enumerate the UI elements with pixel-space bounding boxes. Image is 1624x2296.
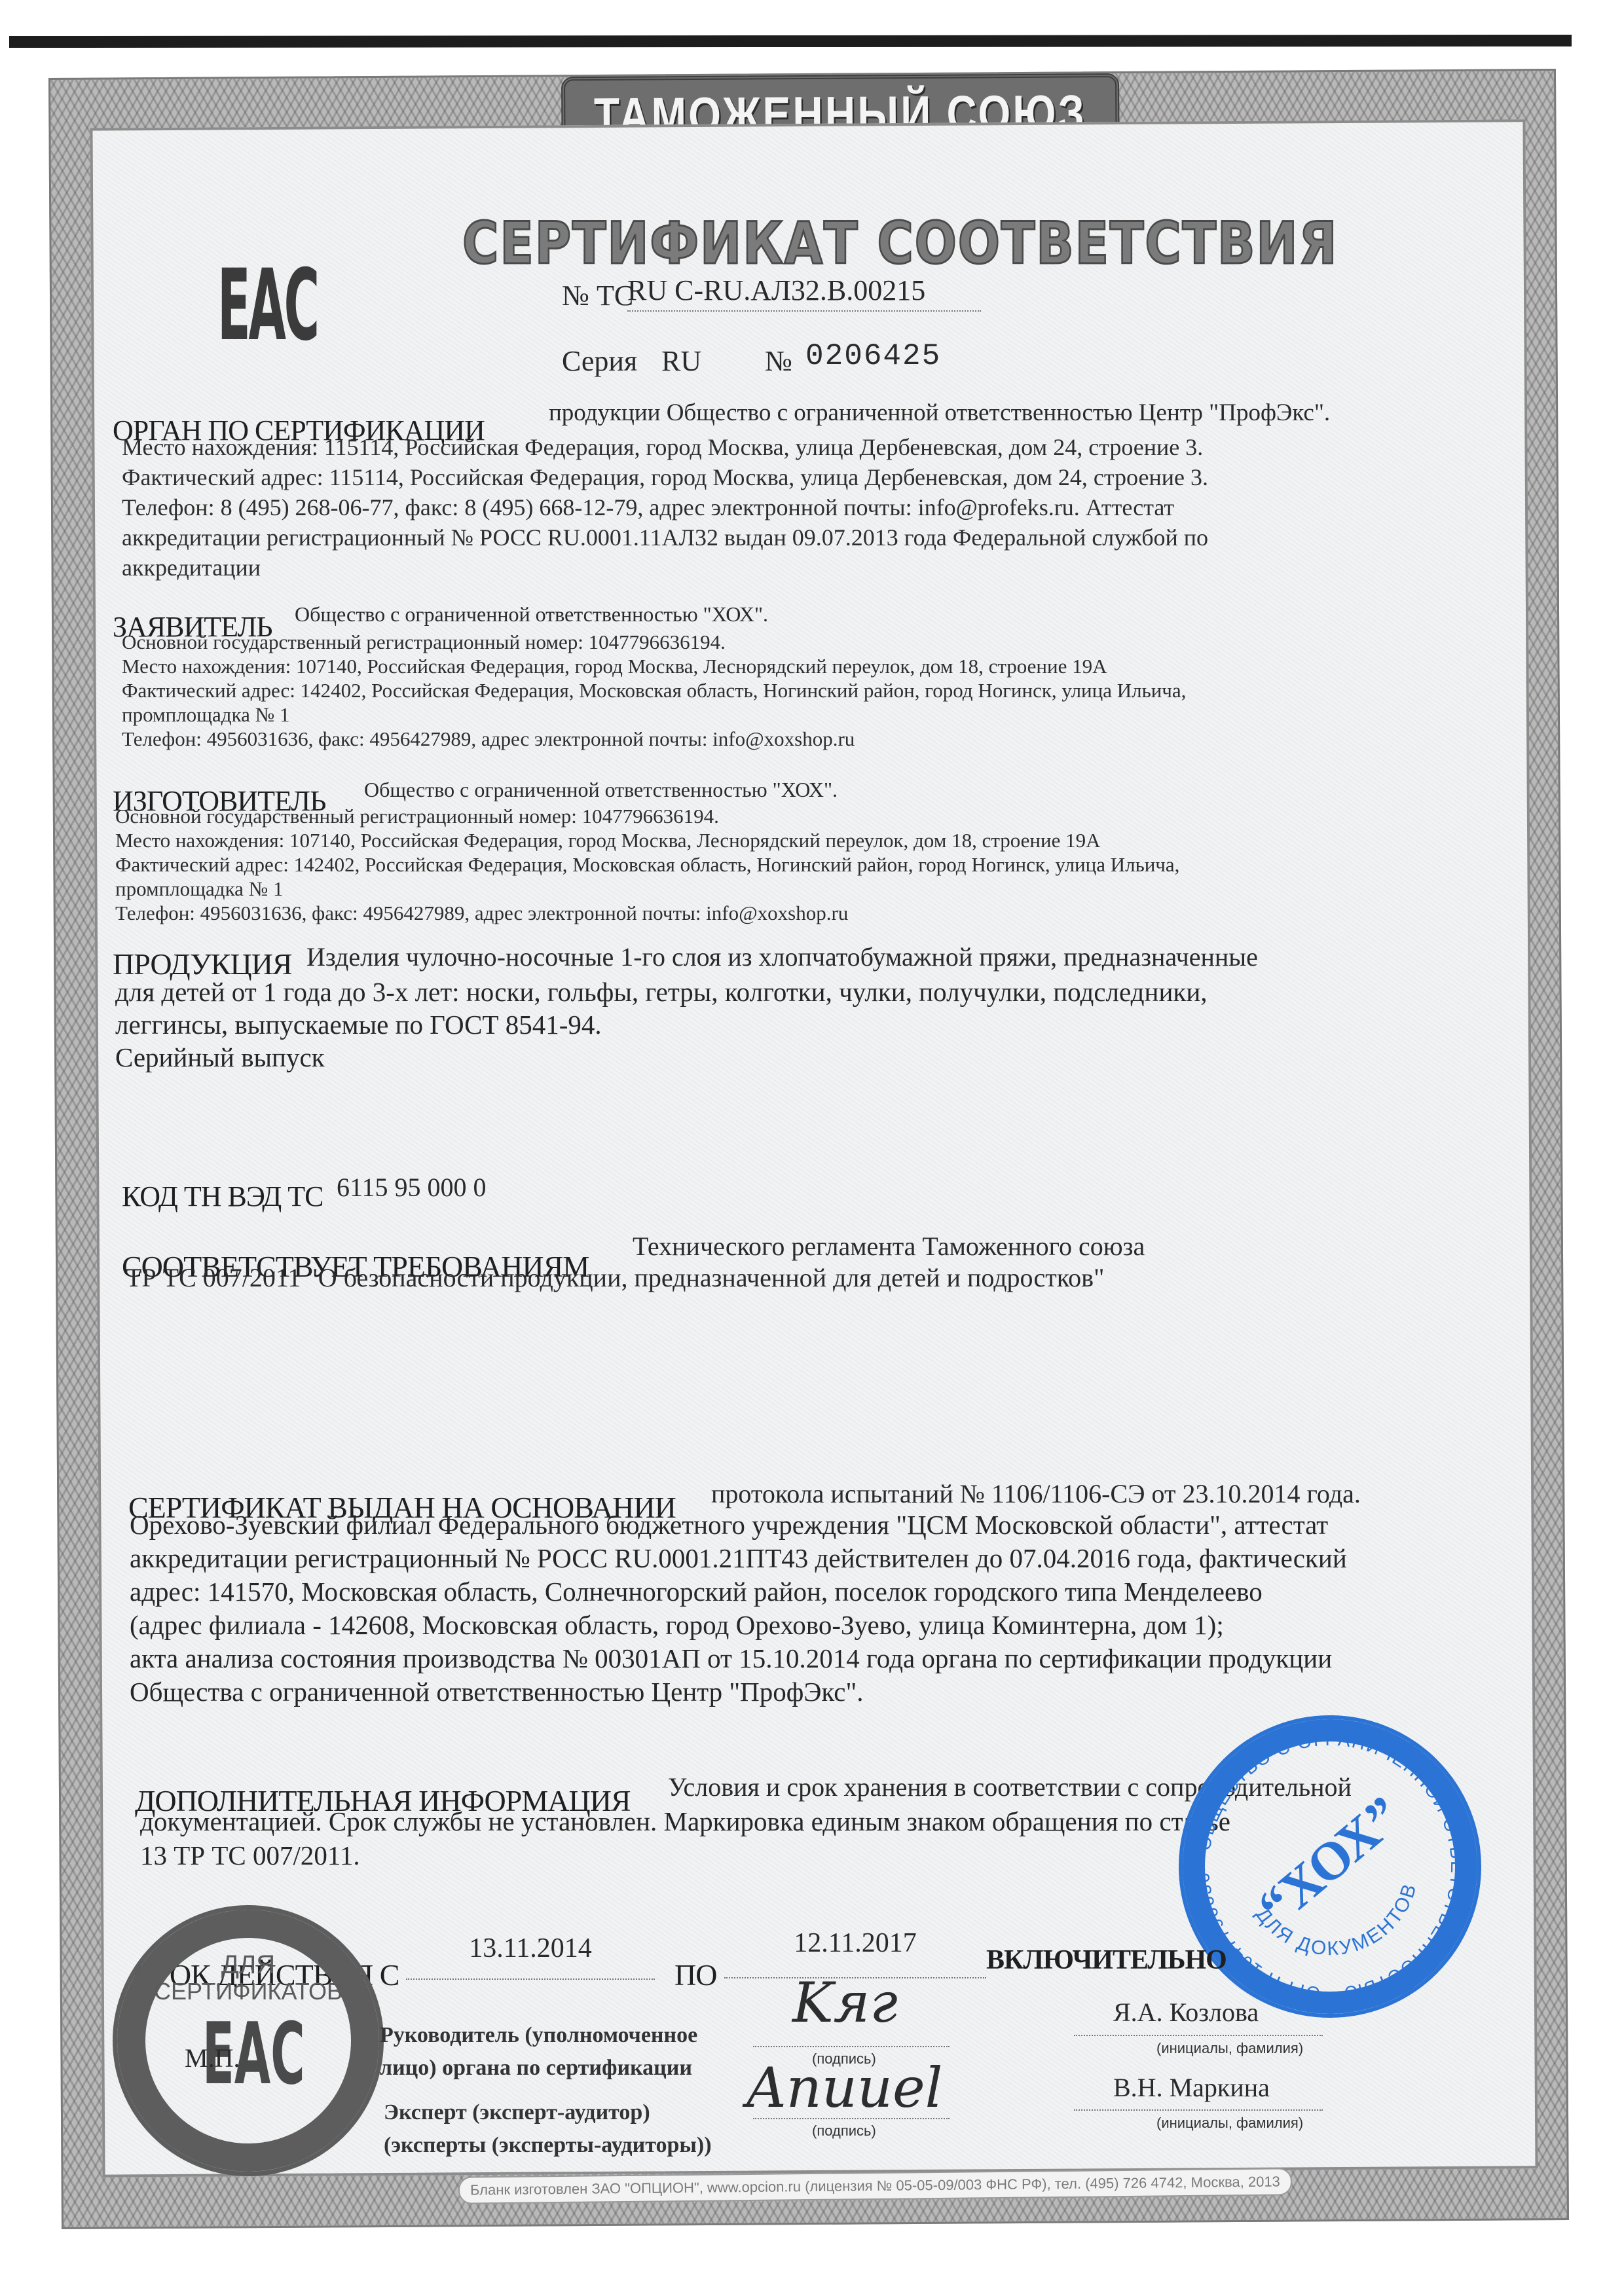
product-line: для детей от 1 года до 3-х лет: носки, г… [115, 975, 1208, 1008]
certificate-title: СЕРТИФИКАТ СООТВЕТСТВИЯ [462, 210, 1338, 277]
applicant-line: Общество с ограниченной ответственностью… [295, 604, 768, 625]
manufacturer-line: Место нахождения: 107140, Российская Фед… [115, 828, 1179, 852]
seal-place-label: М.П. [185, 2043, 240, 2073]
product-line: леггинсы, выпускаемые по ГОСТ 8541-94. [115, 1008, 1208, 1041]
expert-name: В.Н. Маркина [1113, 2072, 1270, 2103]
basis-line: акта анализа состояния производства № 00… [130, 1642, 1347, 1675]
blank-number: 0206425 [805, 339, 941, 373]
certification-stamp-certificates: СЕРТИФИКАТОВ [117, 1978, 379, 2005]
expert-signature: Anuuel [747, 2056, 943, 2120]
manufacturer-line: Телефон: 4956031636, факс: 4956427989, а… [115, 901, 1179, 925]
applicant-details: Основной государственный регистрационный… [122, 630, 1186, 751]
additional-info-details: документацией. Срок службы не установлен… [140, 1804, 1230, 1872]
basis-details: Орехово-Зуевский филиал Федерального бюд… [130, 1508, 1347, 1709]
applicant-line: Телефон: 4956031636, факс: 4956427989, а… [122, 727, 1186, 751]
conformity-line: ТР ТС 007/2011 "О безопасности продукции… [126, 1262, 1104, 1293]
certification-stamp-for: ДЛЯ [117, 1950, 379, 1980]
validity-from: 13.11.2014 [406, 1933, 655, 1980]
certification-body-line: Фактический адрес: 115114, Российская Фе… [122, 462, 1208, 492]
conformity-line: Технического регламента Таможенного союз… [633, 1231, 1145, 1262]
certification-body-details: Место нахождения: 115114, Российская Фед… [122, 432, 1208, 583]
applicant-line: Фактический адрес: 142402, Российская Фе… [122, 678, 1186, 702]
blank-number-label: № [765, 347, 792, 376]
basis-line: адрес: 141570, Московская область, Солне… [130, 1575, 1347, 1609]
validity-to-label: ПО [674, 1958, 716, 1992]
manufacturer-line: Общество с ограниченной ответственностью… [364, 779, 838, 800]
eac-mark-icon: ЕАС [217, 257, 318, 355]
certification-body-line: аккредитации регистрационный № РОСС RU.0… [122, 522, 1208, 553]
basis-line: (адрес филиала - 142608, Московская обла… [130, 1609, 1347, 1642]
expert-label: (эксперты (эксперты-аудиторы)) [384, 2133, 712, 2158]
head-name-line [1074, 2035, 1323, 2036]
manufacturer-line: промплощадка № 1 [115, 877, 1179, 901]
head-name-caption: (инициалы, фамилия) [1156, 2040, 1303, 2057]
head-signature-line [753, 2046, 950, 2047]
tc-number-label: № ТС [562, 282, 633, 310]
basis-line: Орехово-Зуевский филиал Федерального бюд… [130, 1508, 1347, 1542]
additional-info-line: документацией. Срок службы не установлен… [140, 1804, 1230, 1838]
expert-label: Эксперт (эксперт-аудитор) [384, 2100, 650, 2125]
scan-edge-bar [9, 35, 1572, 48]
additional-info-line: 13 ТР ТС 007/2011. [140, 1838, 1230, 1872]
basis-line: аккредитации регистрационный № РОСС RU.0… [130, 1542, 1347, 1575]
basis-line: протокола испытаний № 1106/1106-СЭ от 23… [711, 1478, 1361, 1509]
head-label: лицо) органа по сертификации [380, 2056, 692, 2081]
certification-body-line: Место нахождения: 115114, Российская Фед… [122, 432, 1208, 462]
basis-line: Общества с ограниченной ответственностью… [130, 1675, 1347, 1709]
applicant-line: Место нахождения: 107140, Российская Фед… [122, 654, 1186, 678]
product-details: для детей от 1 года до 3-х лет: носки, г… [115, 975, 1208, 1074]
certification-body-line: Телефон: 8 (495) 268-06-77, факс: 8 (495… [122, 492, 1208, 522]
head-name: Я.А. Козлова [1113, 1997, 1259, 2028]
manufacturer-line: Фактический адрес: 142402, Российская Фе… [115, 852, 1179, 877]
expert-signature-line [753, 2118, 950, 2119]
expert-signature-caption: (подпись) [812, 2123, 876, 2140]
hs-code-value: 6115 95 000 0 [337, 1172, 487, 1203]
hs-code-label: КОД ТН ВЭД ТС [122, 1180, 323, 1213]
manufacturer-line: Основной государственный регистрационный… [115, 804, 1179, 828]
applicant-line: Основной государственный регистрационный… [122, 630, 1186, 654]
certification-body-line: продукции Общество с ограниченной ответс… [549, 401, 1330, 425]
validity-inclusive: ВКЛЮЧИТЕЛЬНО [986, 1944, 1227, 1976]
certification-body-stamp: ОРГАН ПО СЕРТИФИКАЦИИ ПРОДУКЦИИ ООО Цент… [113, 1905, 384, 2176]
series-label: Серия [562, 347, 637, 376]
tc-number: RU C-RU.АЛ32.В.00215 [627, 276, 981, 312]
manufacturer-details: Основной государственный регистрационный… [115, 804, 1179, 925]
head-label: Руководитель (уполномоченное [380, 2023, 697, 2048]
certification-body-line: аккредитации [122, 553, 1208, 583]
product-line: Серийный выпуск [115, 1041, 1208, 1074]
product-line: Изделия чулочно-носочные 1-го слоя из хл… [306, 941, 1258, 972]
expert-name-line [1074, 2109, 1323, 2111]
expert-name-caption: (инициалы, фамилия) [1156, 2115, 1303, 2132]
applicant-line: промплощадка № 1 [122, 702, 1186, 727]
series-value: RU [661, 347, 701, 376]
head-signature: Kяг [792, 1971, 898, 2035]
